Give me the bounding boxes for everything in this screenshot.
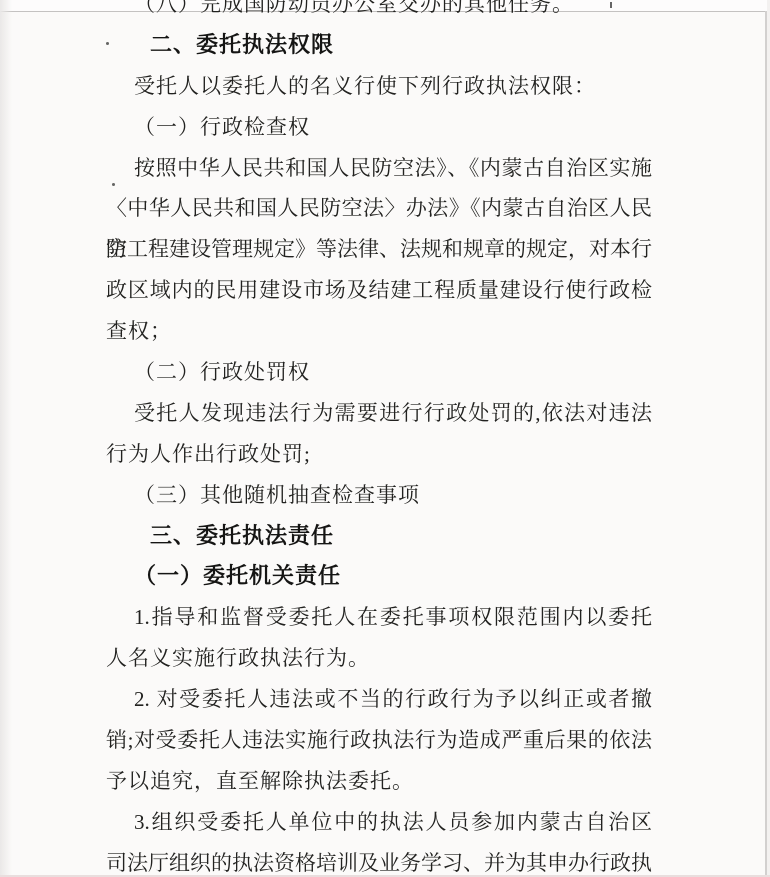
text-line: 行为人作出行政处罚;	[106, 434, 652, 475]
text-line: （三）其他随机抽查检查事项	[106, 475, 652, 516]
text-line: 受托人以委托人的名义行使下列行政执法权限：	[106, 66, 652, 107]
text-line: 空工程建设管理规定》等法律、法规和规章的规定，对本行	[106, 229, 652, 270]
document-lines: （八）完成国防动员办公室交办的其他任务。二、委托执法权限受托人以委托人的名义行使…	[106, 0, 652, 877]
scan-right-rule	[765, 11, 767, 877]
heading-line: 三、委托执法责任	[106, 516, 652, 557]
text-line: 政区域内的民用建设市场及结建工程质量建设行使行政检	[106, 270, 652, 311]
text-line: 司法厅组织的执法资格培训及业务学习、并为其申办行政执	[106, 843, 652, 877]
text-line: （八）完成国防动员办公室交办的其他任务。	[106, 0, 652, 25]
text-line: 1.指导和监督受委托人在委托事项权限范围内以委托	[106, 597, 652, 638]
text-line: 查权；	[106, 311, 652, 352]
document-page: （八）完成国防动员办公室交办的其他任务。二、委托执法权限受托人以委托人的名义行使…	[0, 0, 770, 877]
text-line: 予以追究，直至解除执法委托。	[106, 761, 652, 802]
text-line: 2. 对受委托人违法或不当的行政行为予以纠正或者撤	[106, 679, 652, 720]
text-line: （一）行政检查权	[106, 107, 652, 148]
text-line: 销;对受委托人违法实施行政执法行为造成严重后果的依法	[106, 720, 652, 761]
text-line: 按照中华人民共和国人民防空法》、《内蒙古自治区实施	[106, 148, 652, 189]
text-line: （二）行政处罚权	[106, 352, 652, 393]
scan-left-edge	[0, 0, 12, 877]
heading-line: （一）委托机关责任	[106, 556, 652, 597]
heading-line: 二、委托执法权限	[106, 25, 652, 66]
text-line: 〈中华人民共和国人民防空法〉办法》《内蒙古自治区人民防	[106, 188, 652, 229]
text-line: 受托人发现违法行为需要进行行政处罚的,依法对违法	[106, 393, 652, 434]
text-line: 3.组织受委托人单位中的执法人员参加内蒙古自治区	[106, 802, 652, 843]
text-line: 人名义实施行政执法行为。	[106, 638, 652, 679]
